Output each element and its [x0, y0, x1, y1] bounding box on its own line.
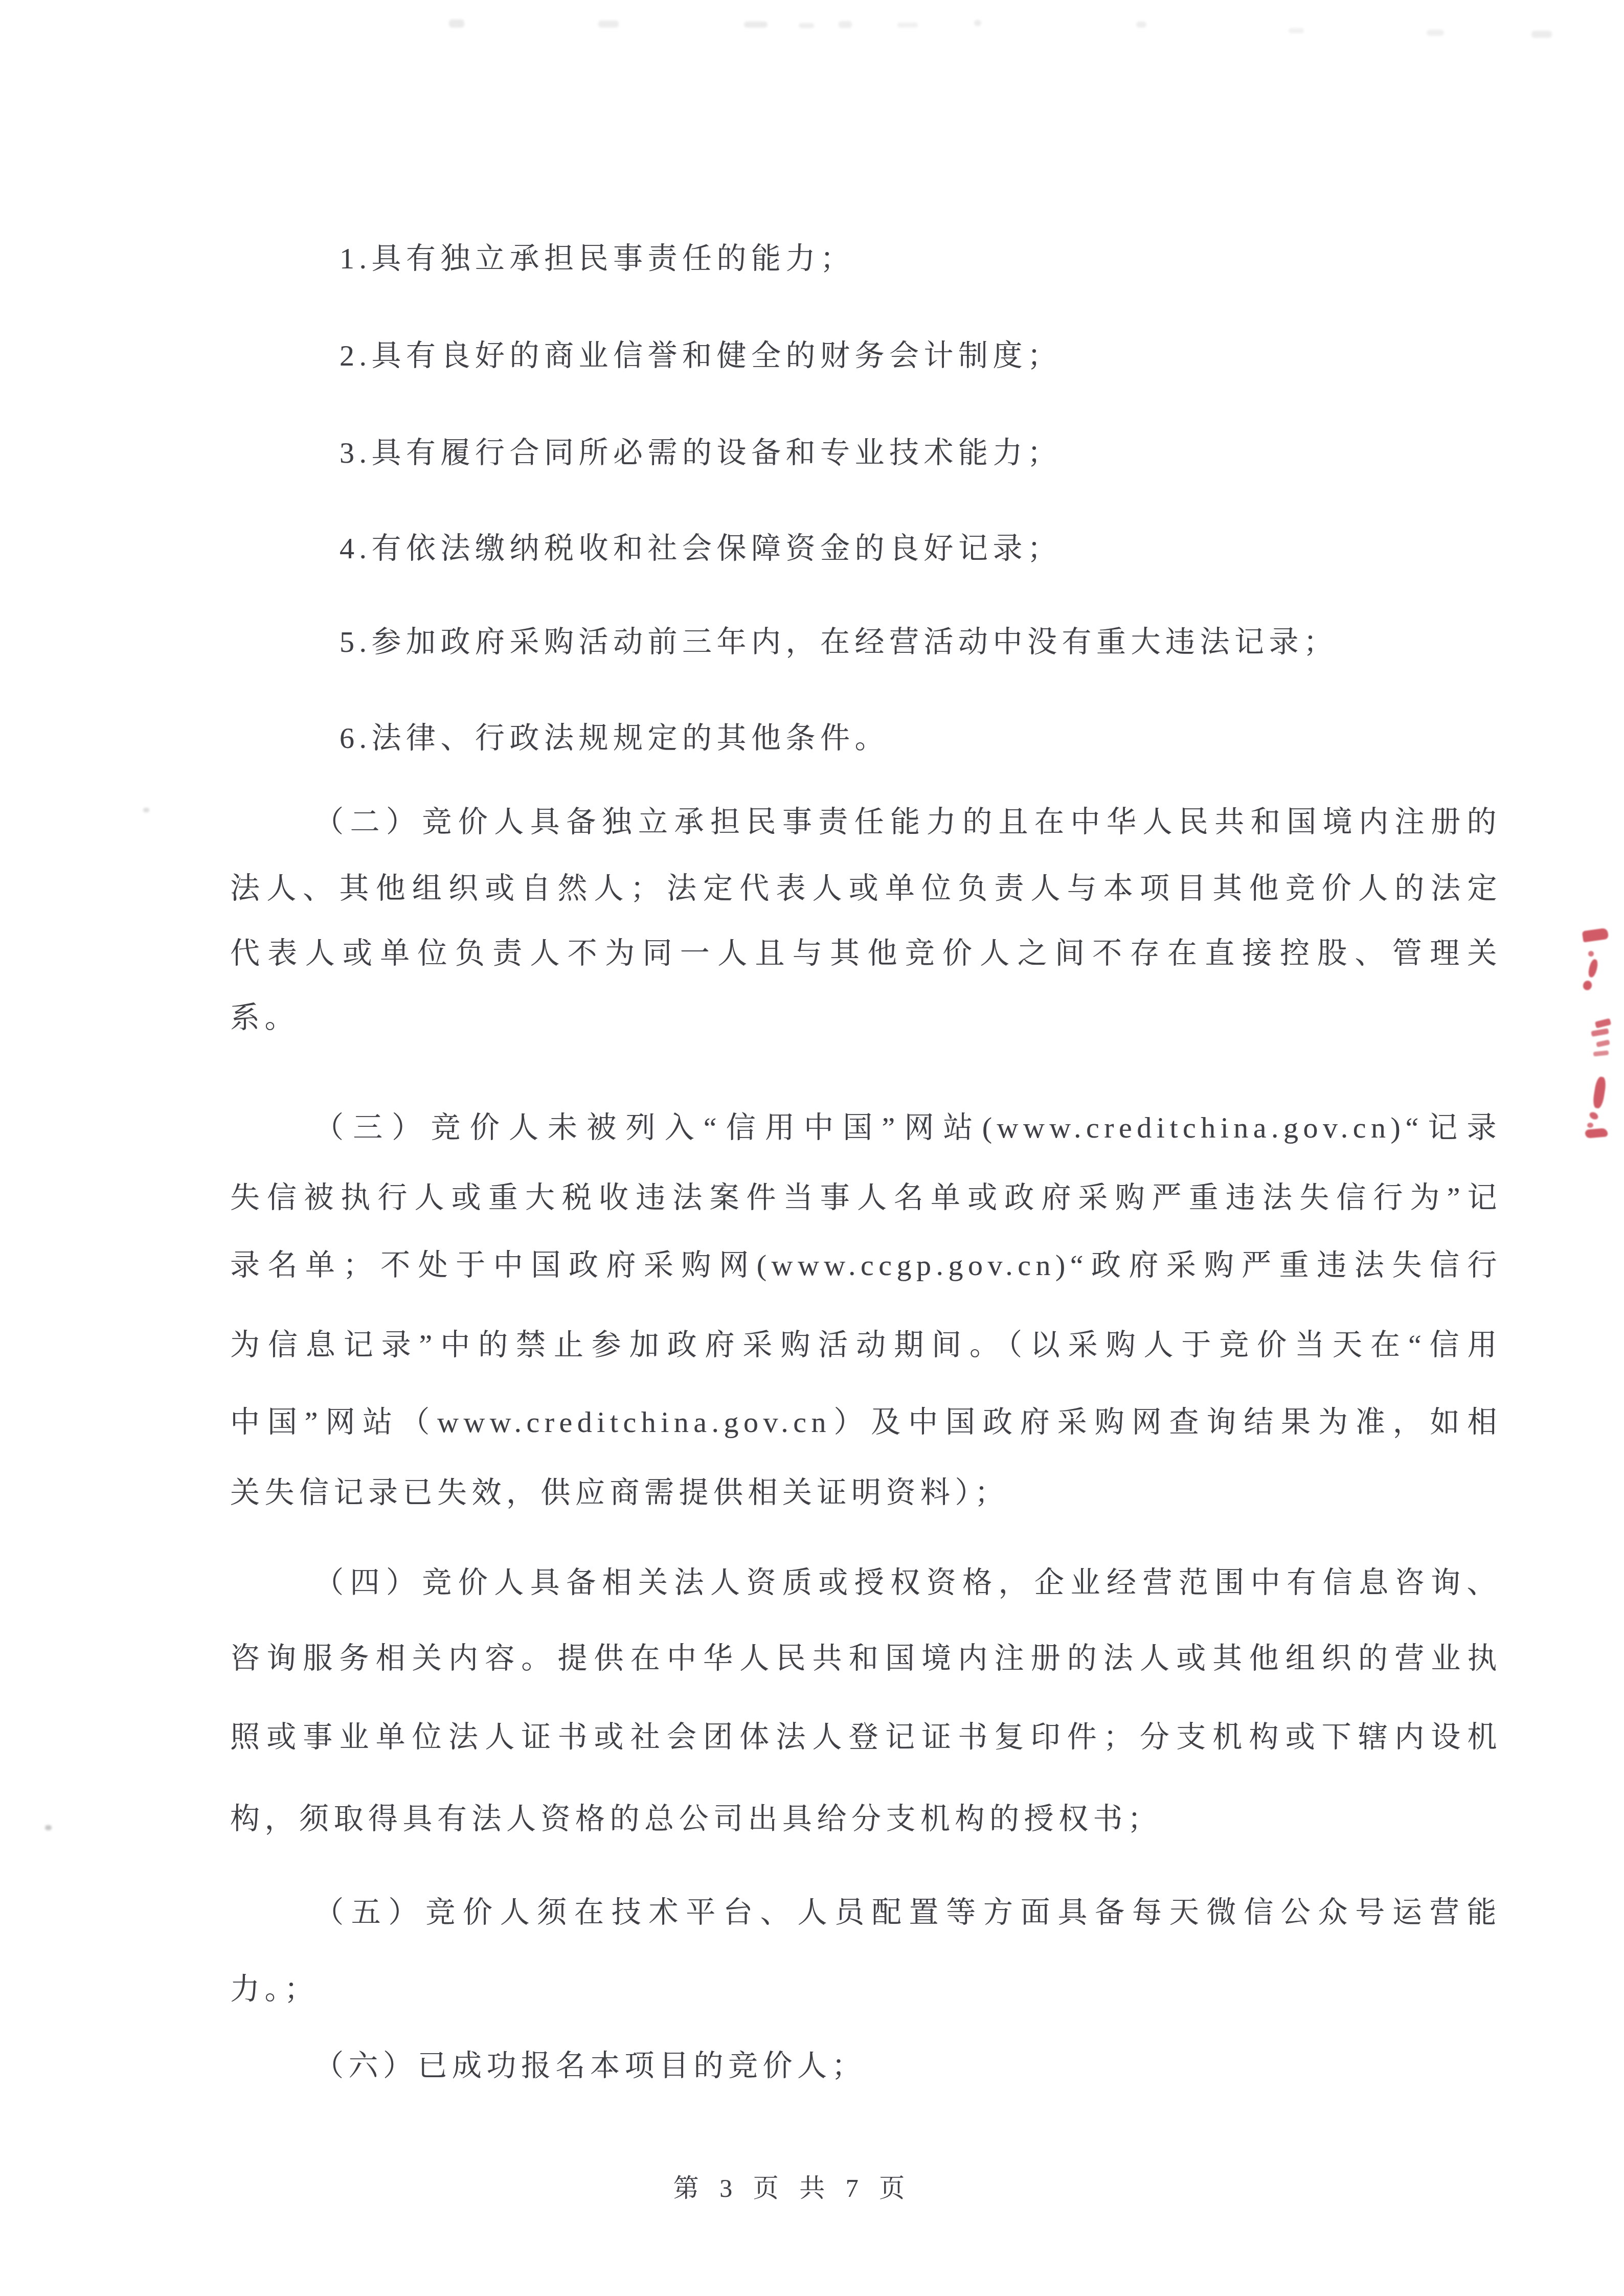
para-5-line-1: （五）竞价人须在技术平台、人员配置等方面具备每天微信公众号运营能 — [314, 1893, 1501, 1933]
scan-artifact — [45, 1825, 52, 1830]
scan-artifact — [1136, 21, 1146, 28]
scan-artifact — [143, 808, 149, 812]
para-2-line-1: （二）竞价人具备独立承担民事责任能力的且在中华人民共和国境内注册的 — [314, 802, 1501, 842]
red-seal-fragment — [1595, 1018, 1611, 1029]
item-4: 4.有依法缴纳税收和社会保障资金的良好记录； — [340, 529, 1062, 569]
para-4-line-1: （四）竞价人具备相关法人资质或授权资格，企业经营范围中有信息咨询、 — [314, 1563, 1501, 1603]
red-seal-fragment — [1591, 1028, 1609, 1037]
red-seal-fragment — [1593, 1050, 1609, 1056]
para-2-line-3: 代表人或单位负责人不为同一人且与其他竞价人之间不存在直接控股、管理关 — [230, 934, 1502, 973]
para-5-line-2: 力。； — [230, 1969, 319, 2009]
scan-artifact — [974, 20, 981, 26]
para-2-line-4: 系。 — [230, 998, 299, 1038]
red-seal-fragment — [1582, 980, 1593, 992]
red-seal-fragment — [1588, 951, 1594, 957]
item-2: 2.具有良好的商业信誉和健全的财务会计制度； — [340, 336, 1062, 376]
scan-artifact — [449, 19, 464, 28]
para-3-line-3: 录名单；不处于中国政府采购网(www.ccgp.gov.cn)“政府采购严重违法… — [230, 1245, 1502, 1285]
red-seal-fragment — [1587, 1123, 1593, 1128]
scan-artifact — [1289, 28, 1304, 33]
para-4-line-3: 照或事业单位法人证书或社会团体法人登记证书复印件；分支机构或下辖内设机 — [230, 1717, 1502, 1757]
scan-artifact — [598, 20, 619, 28]
para-3-line-4: 为信息记录”中的禁止参加政府采购活动期间。（以采购人于竞价当天在“信用 — [230, 1325, 1502, 1365]
para-4-line-2: 咨询服务相关内容。提供在中华人民共和国境内注册的法人或其他组织的营业执 — [230, 1639, 1502, 1678]
red-seal-fragment — [1587, 959, 1599, 979]
para-6-line-1: （六）已成功报名本项目的竞价人； — [314, 2046, 1501, 2086]
red-seal-fragment — [1582, 928, 1609, 943]
red-seal-fragment — [1585, 1128, 1608, 1139]
scan-artifact — [839, 21, 852, 28]
item-5: 5.参加政府采购活动前三年内，在经营活动中没有重大违法记录； — [340, 622, 1338, 662]
para-3-line-6: 关失信记录已失效，供应商需提供相关证明资料）； — [230, 1473, 1009, 1513]
scan-artifact — [799, 23, 814, 28]
scan-artifact — [897, 22, 918, 28]
para-3-line-1: （三）竞价人未被列入“信用中国”网站(www.creditchina.gov.c… — [314, 1108, 1501, 1148]
red-seal-fragment — [1588, 1110, 1599, 1121]
item-1: 1.具有独立承担民事责任的能力； — [340, 239, 855, 279]
scan-artifact — [744, 21, 768, 28]
para-3-line-5: 中国”网站（www.creditchina.gov.cn）及中国政府采购网查询结… — [230, 1402, 1502, 1442]
document-page: 1.具有独立承担民事责任的能力； 2.具有良好的商业信誉和健全的财务会计制度； … — [0, 0, 1624, 2296]
scan-artifact — [1531, 31, 1552, 38]
para-2-line-2: 法人、其他组织或自然人；法定代表人或单位负责人与本项目其他竞价人的法定 — [230, 869, 1502, 908]
red-seal-fragment — [1596, 1039, 1610, 1047]
red-seal-fragment — [1592, 1076, 1607, 1109]
scan-artifact — [1427, 30, 1444, 36]
item-6: 6.法律、行政法规规定的其他条件。 — [340, 718, 889, 758]
para-4-line-4: 构，须取得具有法人资格的总公司出具给分支机构的授权书； — [230, 1799, 1162, 1839]
item-3: 3.具有履行合同所必需的设备和专业技术能力； — [340, 433, 1062, 473]
page-footer: 第 3 页 共 7 页 — [0, 2168, 1585, 2204]
para-3-line-2: 失信被执行人或重大税收违法案件当事人名单或政府采购严重违法失信行为”记 — [230, 1178, 1502, 1218]
